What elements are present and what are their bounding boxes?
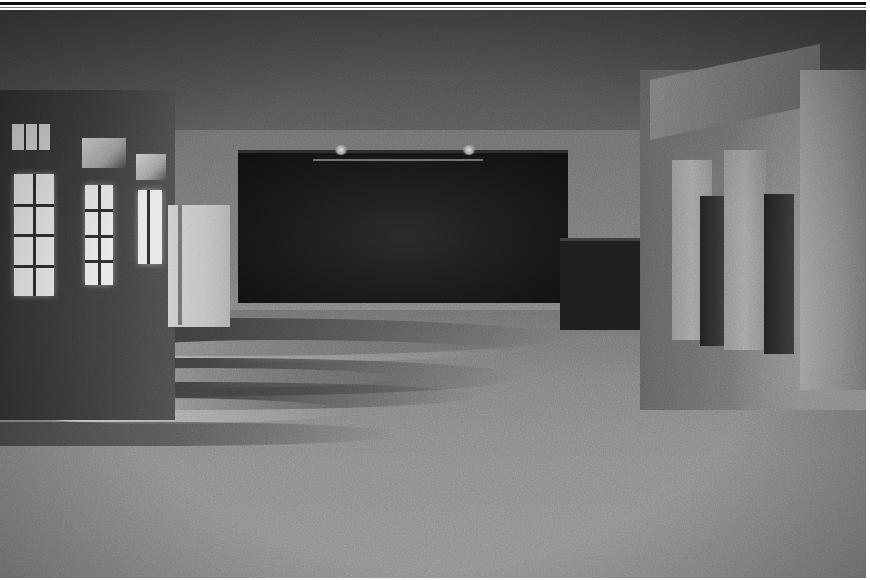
pillar bbox=[800, 70, 866, 390]
print-rule-thin bbox=[0, 7, 870, 8]
pillar bbox=[724, 150, 766, 350]
paper-margin bbox=[866, 0, 870, 580]
stage bbox=[238, 150, 568, 303]
print-rule bbox=[0, 2, 870, 5]
stage-side-platform bbox=[560, 238, 642, 330]
window bbox=[85, 185, 113, 285]
floor-shadow bbox=[0, 422, 400, 446]
window bbox=[14, 174, 54, 296]
stage-lamp bbox=[462, 145, 476, 155]
hall-photograph bbox=[0, 10, 866, 578]
stage-trim bbox=[313, 159, 483, 161]
doorway bbox=[764, 194, 794, 354]
newspaper-photo-frame bbox=[0, 0, 870, 580]
window-transom bbox=[82, 138, 126, 168]
window bbox=[138, 190, 162, 264]
doorway-frame bbox=[178, 205, 182, 325]
doorway bbox=[700, 196, 726, 346]
window-transom bbox=[136, 154, 166, 180]
window-transom bbox=[12, 124, 50, 150]
stage-lamp bbox=[334, 145, 348, 155]
